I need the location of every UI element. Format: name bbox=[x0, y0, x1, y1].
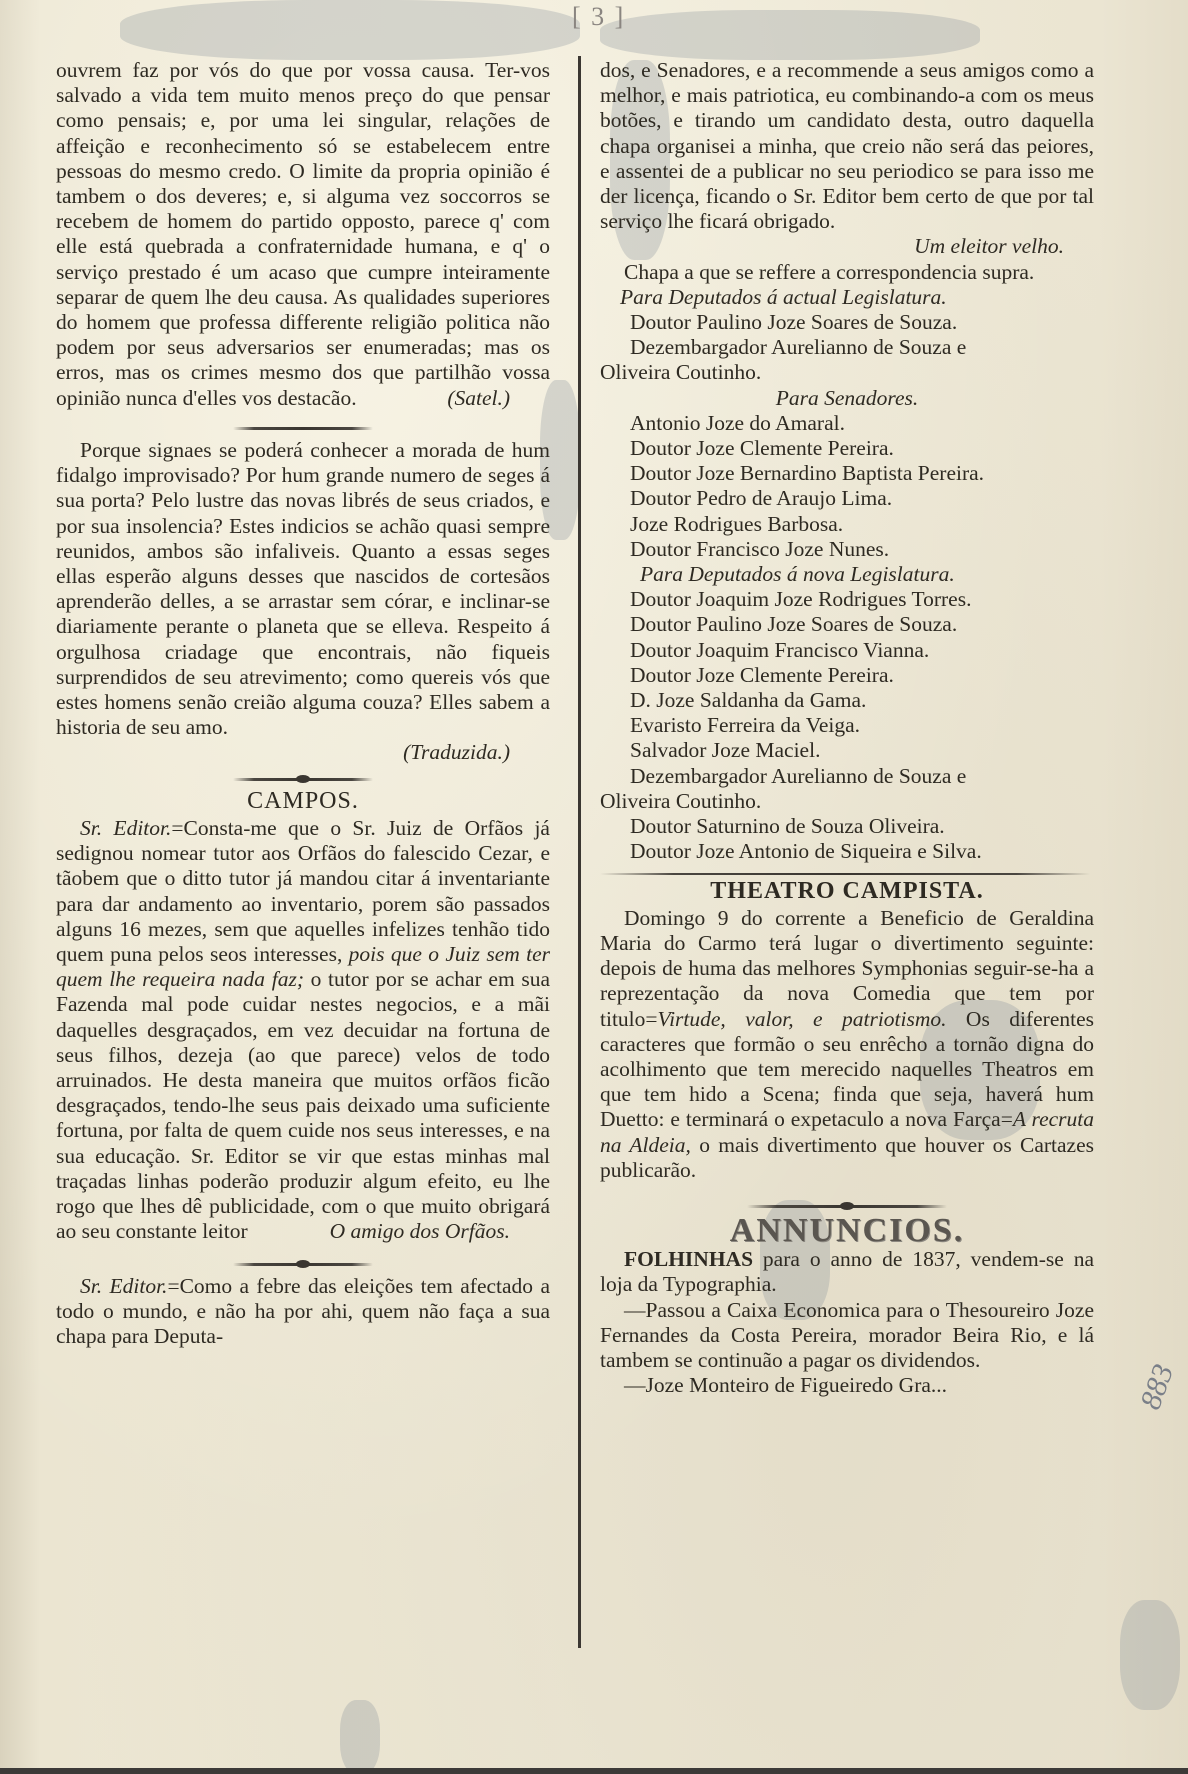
article-paragraph: Porque signaes se poderá conhecer a mora… bbox=[56, 438, 550, 740]
chapa-name: Doutor Joaquim Joze Rodrigues Torres. bbox=[600, 587, 1094, 612]
letter-signature: Um eleitor velho. bbox=[600, 234, 1064, 259]
section-heading: CAMPOS. bbox=[56, 789, 550, 814]
theatre-paragraph: Domingo 9 do corrente a Beneficio de Ger… bbox=[600, 906, 1094, 1183]
chapa-name: Antonio Joze do Amaral. bbox=[600, 411, 1094, 436]
section-heading: THEATRO CAMPISTA. bbox=[600, 879, 1094, 904]
chapa-section-title: Para Deputados á actual Legislatura. bbox=[600, 285, 1094, 310]
chapa-name: Doutor Saturnino de Souza Oliveira. bbox=[600, 814, 1094, 839]
letter-body: o tutor por se achar em sua Fazenda mal … bbox=[56, 967, 550, 1243]
article-signature: (Traduzida.) bbox=[56, 740, 510, 765]
chapa-name: Joze Rodrigues Barbosa. bbox=[600, 512, 1094, 537]
letter-salutation: Sr. Editor. bbox=[80, 1274, 167, 1298]
announcement-lead: —Joze bbox=[624, 1373, 684, 1397]
chapa-intro: Chapa a que se reffere a correspondencia… bbox=[600, 260, 1094, 285]
announcement: —Joze Monteiro de Figueiredo Gra... bbox=[600, 1373, 1094, 1398]
announcement: —Passou a Caixa Economica para o Thesour… bbox=[600, 1298, 1094, 1374]
chapa-name: Doutor Joze Clemente Pereira. bbox=[600, 436, 1094, 461]
chapa-name: Dezembargador Aurelianno de Souza e bbox=[600, 335, 1094, 360]
chapa-name: Dezembargador Aurelianno de Souza e bbox=[600, 764, 1094, 789]
chapa-name: Oliveira Coutinho. bbox=[600, 789, 1094, 814]
chapa-section-title: Para Senadores. bbox=[600, 386, 1094, 411]
water-stain bbox=[120, 0, 580, 60]
chapa-name: D. Joze Saldanha da Gama. bbox=[600, 688, 1094, 713]
announcement-text: Monteiro de Figueiredo Gra... bbox=[684, 1373, 947, 1397]
right-column: dos, e Senadores, e a recommende a seus … bbox=[600, 58, 1094, 1398]
section-separator bbox=[747, 1205, 947, 1208]
water-stain bbox=[1120, 1600, 1180, 1710]
letter-salutation: Sr. Editor. bbox=[80, 816, 171, 840]
section-separator bbox=[233, 778, 373, 781]
announcement: FOLHINHAS para o anno de 1837, vendem-se… bbox=[600, 1247, 1094, 1297]
water-stain bbox=[340, 1700, 380, 1774]
chapa-name: Doutor Joze Antonio de Siqueira e Silva. bbox=[600, 839, 1094, 864]
chapa-name: Doutor Joaquim Francisco Vianna. bbox=[600, 638, 1094, 663]
announcement-lead: —Passou bbox=[624, 1298, 705, 1322]
chapa-name: Doutor Paulino Joze Soares de Souza. bbox=[600, 310, 1094, 335]
section-heading: ANNUNCIOS. bbox=[600, 1218, 1094, 1243]
chapa-name: Doutor Joze Bernardino Baptista Pereira. bbox=[600, 461, 1094, 486]
letter-paragraph: Sr. Editor.=Consta-me que o Sr. Juiz de … bbox=[56, 816, 550, 1244]
newspaper-page: [ 3 ] ouvrem faz por vós do que por voss… bbox=[0, 0, 1188, 1774]
article-paragraph: ouvrem faz por vós do que por vossa caus… bbox=[56, 58, 550, 411]
page-number: [ 3 ] bbox=[572, 2, 625, 32]
section-separator bbox=[233, 1263, 373, 1266]
chapa-list: Para Deputados á actual Legislatura. Dou… bbox=[600, 285, 1094, 865]
chapa-name: Salvador Joze Maciel. bbox=[600, 738, 1094, 763]
chapa-name: Doutor Paulino Joze Soares de Souza. bbox=[600, 612, 1094, 637]
play-title: Virtude, valor, e patriotismo. bbox=[658, 1007, 947, 1031]
announcement-lead: FOLHINHAS bbox=[624, 1247, 753, 1271]
margin-annotation: 883 bbox=[1134, 1360, 1181, 1414]
chapa-name: Doutor Pedro de Araujo Lima. bbox=[600, 486, 1094, 511]
chapa-name: Doutor Joze Clemente Pereira. bbox=[600, 663, 1094, 688]
letter-paragraph: Sr. Editor.=Como a febre das eleições te… bbox=[56, 1274, 550, 1350]
section-separator bbox=[233, 427, 373, 430]
section-separator bbox=[600, 873, 1090, 875]
chapa-section-title: Para Deputados á nova Legislatura. bbox=[600, 562, 1094, 587]
page-edge bbox=[0, 1768, 1188, 1774]
letter-paragraph: dos, e Senadores, e a recommende a seus … bbox=[600, 58, 1094, 234]
column-rule bbox=[578, 56, 581, 1648]
water-stain bbox=[600, 10, 980, 60]
chapa-name: Oliveira Coutinho. bbox=[600, 360, 1094, 385]
chapa-name: Doutor Francisco Joze Nunes. bbox=[600, 537, 1094, 562]
chapa-name: Evaristo Ferreira da Veiga. bbox=[600, 713, 1094, 738]
left-column: ouvrem faz por vós do que por vossa caus… bbox=[56, 58, 550, 1349]
